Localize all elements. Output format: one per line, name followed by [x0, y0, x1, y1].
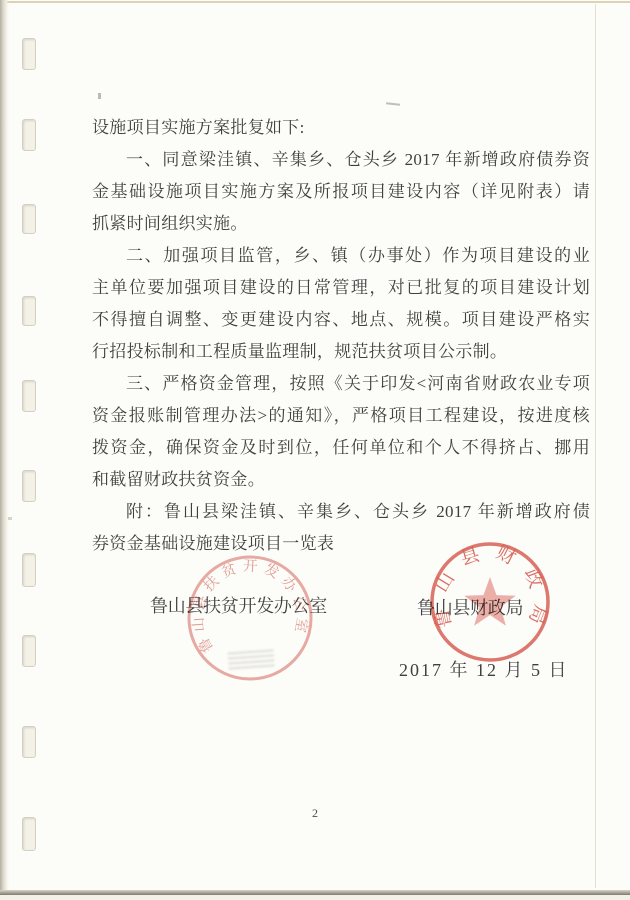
binding-hole	[22, 204, 36, 234]
page-number: 2	[0, 806, 630, 821]
binding-hole	[22, 470, 36, 502]
body-line: 三、严格资金管理，按照《关于印发<河南省财政农业专项	[92, 368, 590, 400]
stamp-smudge	[227, 646, 274, 669]
scan-speck	[98, 93, 101, 99]
body-line: 券资金基础设施建设项目一览表	[92, 528, 590, 560]
body-line: 主单位要加强项目建设的日常管理，对已批复的项目建设计划	[92, 272, 590, 304]
body-line: 设施项目实施方案批复如下:	[92, 112, 590, 144]
body-line: 资金报账制管理办法>的通知》，严格项目工程建设，按进度核	[92, 400, 590, 432]
body-line: 和截留财政扶贫资金。	[92, 464, 590, 496]
body-line: 行招投标制和工程质量监理制，规范扶贫项目公示制。	[92, 336, 590, 368]
binding-hole	[22, 726, 36, 758]
signature-right-org: 鲁山县财政局	[417, 594, 523, 620]
body-line: 拨资金，确保资金及时到位，任何单位和个人不得挤占、挪用	[92, 432, 590, 464]
body-line: 抓紧时间组织实施。	[92, 208, 590, 240]
binding-hole	[22, 380, 36, 412]
binding-hole	[22, 635, 36, 667]
binding-hole	[22, 38, 36, 70]
scan-speck	[386, 102, 400, 105]
binding-hole	[22, 296, 36, 326]
body-line: 附：鲁山县梁洼镇、辛集乡、仓头乡 2017 年新增政府债	[92, 496, 590, 528]
body-line: 一、同意梁洼镇、辛集乡、仓头乡 2017 年新增政府债券资	[92, 144, 590, 176]
body-line: 金基础设施项目实施方案及所报项目建设内容（详见附表）请	[92, 176, 590, 208]
signature-left-org: 鲁山县扶贫开发办公室	[150, 592, 327, 618]
binding-hole	[22, 553, 36, 587]
scan-edge-right	[595, 4, 596, 888]
binding-hole	[22, 119, 36, 151]
scan-edge-bottom-foot	[0, 895, 630, 900]
body-line: 二、加强项目监管，乡、镇（办事处）作为项目建设的业	[92, 240, 590, 272]
scanned-document-page: 设施项目实施方案批复如下: 一、同意梁洼镇、辛集乡、仓头乡 2017 年新增政府…	[0, 0, 630, 900]
scan-speck	[8, 517, 12, 520]
scan-edge-top	[0, 1, 630, 3]
official-seal-left: 鲁山县扶贫开发办公室	[174, 542, 325, 693]
binding-hole	[22, 817, 36, 851]
document-body: 设施项目实施方案批复如下: 一、同意梁洼镇、辛集乡、仓头乡 2017 年新增政府…	[92, 112, 590, 560]
body-line: 不得擅自调整、变更建设内容、地点、规模。项目建设严格实	[92, 304, 590, 336]
signature-date: 2017 年 12 月 5 日	[399, 656, 569, 682]
scan-edge-left	[0, 0, 9, 900]
